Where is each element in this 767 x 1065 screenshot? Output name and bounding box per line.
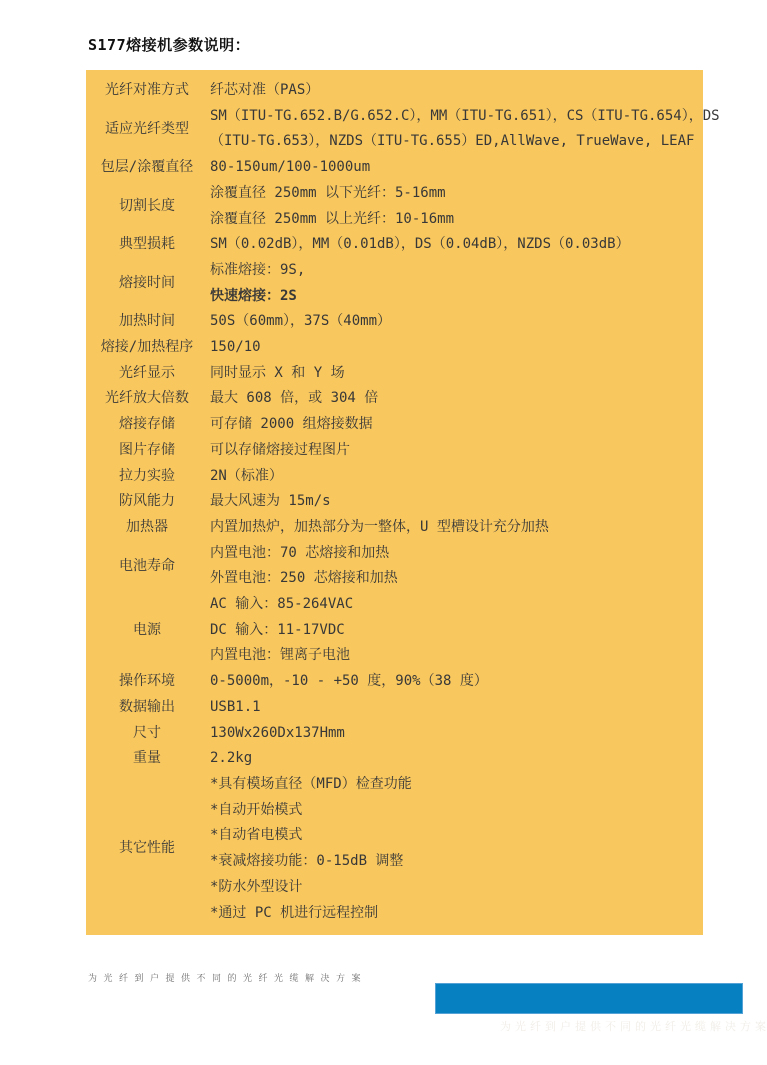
row-label: 熔接时间: [86, 271, 208, 297]
row-label: 加热时间: [86, 309, 208, 335]
row-value: 150/10: [208, 335, 703, 361]
row-label: 光纤显示: [86, 361, 208, 387]
row-value-line: 最大风速为 15m/s: [210, 489, 703, 515]
table-row: 电池寿命内置电池：70 芯熔接和加热外置电池：250 芯熔接和加热: [86, 541, 703, 592]
table-row: 适应光纤类型SM（ITU-TG.652.B/G.652.C），MM（ITU-TG…: [86, 104, 703, 155]
row-label: 熔接存储: [86, 412, 208, 438]
row-value-line: 内置加热炉，加热部分为一整体，U 型槽设计充分加热: [210, 515, 703, 541]
row-value-line: 涂覆直径 250mm 以下光纤：5-16mm: [210, 181, 703, 207]
row-value: 最大风速为 15m/s: [208, 489, 703, 515]
row-label: 切割长度: [86, 194, 208, 220]
row-label: 图片存储: [86, 438, 208, 464]
row-label: 尺寸: [86, 721, 208, 747]
row-label: 光纤放大倍数: [86, 386, 208, 412]
row-value: AC 输入：85-264VACDC 输入：11-17VDC内置电池：锂离子电池: [208, 592, 703, 669]
row-value: 涂覆直径 250mm 以下光纤：5-16mm涂覆直径 250mm 以上光纤：10…: [208, 181, 703, 232]
row-value-line: 2N（标准）: [210, 464, 703, 490]
table-row: 其它性能*具有模场直径（MFD）检查功能*自动开始模式*自动省电模式*衰减熔接功…: [86, 772, 703, 926]
row-label: 数据输出: [86, 695, 208, 721]
table-row: 典型损耗SM（0.02dB），MM（0.01dB），DS（0.04dB），NZD…: [86, 232, 703, 258]
table-row: 图片存储可以存储熔接过程图片: [86, 438, 703, 464]
row-value-line: 纤芯对准（PAS）: [210, 78, 703, 104]
table-row: 熔接存储可存储 2000 组熔接数据: [86, 412, 703, 438]
row-value-line: *通过 PC 机进行远程控制: [210, 901, 703, 927]
table-row: 熔接时间标准熔接：9S,快速熔接：2S: [86, 258, 703, 309]
table-row: 尺寸130Wx260Dx137Hmm: [86, 721, 703, 747]
row-value: 内置电池：70 芯熔接和加热外置电池：250 芯熔接和加热: [208, 541, 703, 592]
table-row: 防风能力最大风速为 15m/s: [86, 489, 703, 515]
footer-faint-text: 为光纤到户提供不同的光纤光缆解决方案: [500, 1018, 767, 1034]
spec-table: 光纤对准方式纤芯对准（PAS）适应光纤类型SM（ITU-TG.652.B/G.6…: [86, 70, 703, 935]
row-value-line: 快速熔接：2S: [210, 284, 703, 310]
row-value: USB1.1: [208, 695, 703, 721]
row-value-line: 150/10: [210, 335, 703, 361]
row-value-line: *自动开始模式: [210, 798, 703, 824]
row-value-line: 外置电池：250 芯熔接和加热: [210, 566, 703, 592]
row-label: 光纤对准方式: [86, 78, 208, 104]
row-value-line: 130Wx260Dx137Hmm: [210, 721, 703, 747]
row-value-line: 80-150um/100-1000um: [210, 155, 703, 181]
row-value: 0-5000m，-10 - +50 度，90%（38 度）: [208, 669, 703, 695]
row-label: 拉力实验: [86, 464, 208, 490]
row-value: SM（ITU-TG.652.B/G.652.C），MM（ITU-TG.651），…: [208, 104, 720, 155]
table-row: 光纤放大倍数最大 608 倍，或 304 倍: [86, 386, 703, 412]
table-row: 拉力实验2N（标准）: [86, 464, 703, 490]
table-row: 加热器内置加热炉，加热部分为一整体，U 型槽设计充分加热: [86, 515, 703, 541]
row-label: 包层/涂覆直径: [86, 155, 208, 181]
row-value-line: 可以存储熔接过程图片: [210, 438, 703, 464]
row-value: 2.2kg: [208, 746, 703, 772]
row-label: 重量: [86, 746, 208, 772]
table-row: 数据输出USB1.1: [86, 695, 703, 721]
table-row: 光纤显示同时显示 X 和 Y 场: [86, 361, 703, 387]
table-row: 重量2.2kg: [86, 746, 703, 772]
row-value-line: 最大 608 倍，或 304 倍: [210, 386, 703, 412]
row-label: 电池寿命: [86, 554, 208, 580]
row-label: 防风能力: [86, 489, 208, 515]
row-value-line: *自动省电模式: [210, 823, 703, 849]
row-value-line: SM（0.02dB），MM（0.01dB），DS（0.04dB），NZDS（0.…: [210, 232, 703, 258]
table-row: 操作环境0-5000m，-10 - +50 度，90%（38 度）: [86, 669, 703, 695]
table-row: 光纤对准方式纤芯对准（PAS）: [86, 78, 703, 104]
table-row: 包层/涂覆直径80-150um/100-1000um: [86, 155, 703, 181]
row-value: 可存储 2000 组熔接数据: [208, 412, 703, 438]
table-row: 加热时间50S（60mm），37S（40mm）: [86, 309, 703, 335]
table-row: 电源AC 输入：85-264VACDC 输入：11-17VDC内置电池：锂离子电…: [86, 592, 703, 669]
row-label: 操作环境: [86, 669, 208, 695]
row-value-line: *衰减熔接功能：0-15dB 调整: [210, 849, 703, 875]
row-value: 标准熔接：9S,快速熔接：2S: [208, 258, 703, 309]
row-label: 其它性能: [86, 836, 208, 862]
row-value: 同时显示 X 和 Y 场: [208, 361, 703, 387]
row-value-line: 50S（60mm），37S（40mm）: [210, 309, 703, 335]
row-value: SM（0.02dB），MM（0.01dB），DS（0.04dB），NZDS（0.…: [208, 232, 703, 258]
table-row: 熔接/加热程序150/10: [86, 335, 703, 361]
footer-blue-bar: [435, 983, 743, 1014]
row-value-line: SM（ITU-TG.652.B/G.652.C），MM（ITU-TG.651），…: [210, 104, 720, 130]
row-value: 130Wx260Dx137Hmm: [208, 721, 703, 747]
row-value-line: 0-5000m，-10 - +50 度，90%（38 度）: [210, 669, 703, 695]
row-value-line: AC 输入：85-264VAC: [210, 592, 703, 618]
row-value-line: *防水外型设计: [210, 875, 703, 901]
row-value: 2N（标准）: [208, 464, 703, 490]
row-value: 50S（60mm），37S（40mm）: [208, 309, 703, 335]
row-label: 电源: [86, 618, 208, 644]
footer-slogan: 为光纤到户提供不同的光纤光缆解决方案: [88, 971, 367, 984]
row-value: 内置加热炉，加热部分为一整体，U 型槽设计充分加热: [208, 515, 703, 541]
row-label: 适应光纤类型: [86, 117, 208, 143]
row-value-line: DC 输入：11-17VDC: [210, 618, 703, 644]
table-row: 切割长度涂覆直径 250mm 以下光纤：5-16mm涂覆直径 250mm 以上光…: [86, 181, 703, 232]
row-value: 可以存储熔接过程图片: [208, 438, 703, 464]
row-value-line: 可存储 2000 组熔接数据: [210, 412, 703, 438]
row-value-line: （ITU-TG.653），NZDS（ITU-TG.655）ED,AllWave,…: [210, 129, 720, 155]
row-value-line: 内置电池：锂离子电池: [210, 643, 703, 669]
row-value-line: 标准熔接：9S,: [210, 258, 703, 284]
row-value: 80-150um/100-1000um: [208, 155, 703, 181]
row-value: 纤芯对准（PAS）: [208, 78, 703, 104]
row-value-line: 内置电池：70 芯熔接和加热: [210, 541, 703, 567]
row-label: 典型损耗: [86, 232, 208, 258]
row-value-line: USB1.1: [210, 695, 703, 721]
row-value: *具有模场直径（MFD）检查功能*自动开始模式*自动省电模式*衰减熔接功能：0-…: [208, 772, 703, 926]
row-value-line: 同时显示 X 和 Y 场: [210, 361, 703, 387]
row-value-line: *具有模场直径（MFD）检查功能: [210, 772, 703, 798]
row-label: 熔接/加热程序: [86, 335, 208, 361]
page-title: S177熔接机参数说明：: [88, 34, 250, 55]
row-value-line: 涂覆直径 250mm 以上光纤：10-16mm: [210, 207, 703, 233]
row-label: 加热器: [86, 515, 208, 541]
row-value-line: 2.2kg: [210, 746, 703, 772]
row-value: 最大 608 倍，或 304 倍: [208, 386, 703, 412]
